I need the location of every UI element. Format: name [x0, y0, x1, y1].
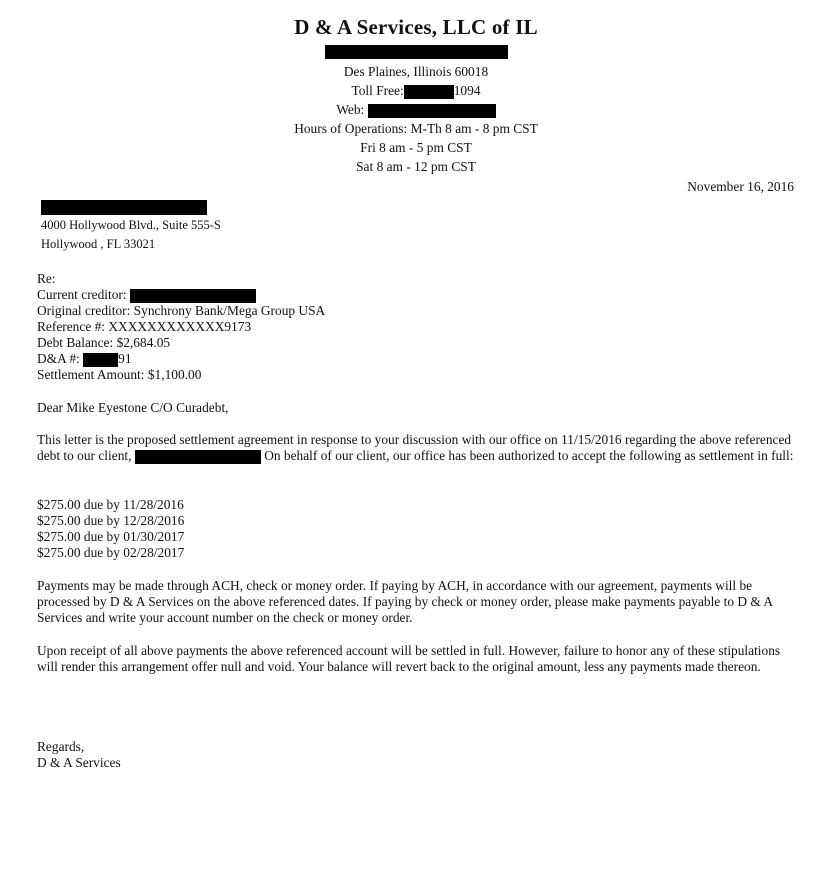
letter-date: November 16, 2016: [687, 179, 794, 195]
recipient-address-line-2: Hollywood , FL 33021: [41, 236, 155, 252]
payment-item: $275.00 due by 02/28/2017: [37, 545, 184, 561]
redacted-phone: [404, 85, 454, 99]
debt-balance: Debt Balance: $2,684.05: [37, 335, 170, 351]
current-creditor-line: Current creditor:: [37, 287, 256, 303]
salutation: Dear Mike Eyestone C/O Curadebt,: [37, 400, 229, 416]
company-name: D & A Services, LLC of IL: [0, 15, 832, 40]
intro-text-2: On behalf of our client, our office has …: [264, 448, 793, 463]
hours-line-3: Sat 8 am - 12 pm CST: [0, 159, 832, 175]
web-label: Web:: [336, 102, 364, 117]
city-line: Des Plaines, Illinois 60018: [0, 64, 832, 80]
da-number-suffix: 91: [118, 351, 131, 366]
hours-line-2: Fri 8 am - 5 pm CST: [0, 140, 832, 156]
redacted-client-name: [135, 450, 261, 464]
hours-line-1: Hours of Operations: M-Th 8 am - 8 pm CS…: [0, 121, 832, 137]
payment-schedule: $275.00 due by 11/28/2016 $275.00 due by…: [37, 497, 184, 561]
payment-methods-paragraph: Payments may be made through ACH, check …: [37, 578, 797, 626]
da-number-line: D&A #: 91: [37, 351, 132, 367]
original-creditor: Original creditor: Synchrony Bank/Mega G…: [37, 303, 325, 319]
intro-paragraph: This letter is the proposed settlement a…: [37, 432, 797, 464]
payment-item: $275.00 due by 12/28/2016: [37, 513, 184, 529]
settlement-amount: Settlement Amount: $1,100.00: [37, 367, 201, 383]
closing-signature: D & A Services: [37, 755, 121, 771]
redacted-recipient-name: [41, 200, 207, 215]
redacted-web: [368, 104, 496, 118]
redacted-address: [325, 45, 508, 59]
toll-free-label: Toll Free:: [351, 83, 403, 98]
reference-number: Reference #: XXXXXXXXXXXX9173: [37, 319, 251, 335]
terms-paragraph: Upon receipt of all above payments the a…: [37, 643, 797, 675]
redacted-da-number: [83, 353, 118, 367]
payment-item: $275.00 due by 01/30/2017: [37, 529, 184, 545]
current-creditor-label: Current creditor:: [37, 287, 127, 302]
closing-regards: Regards,: [37, 739, 84, 755]
toll-free-suffix: 1094: [454, 83, 481, 98]
payment-item: $275.00 due by 11/28/2016: [37, 497, 184, 513]
toll-free-line: Toll Free:1094: [0, 83, 832, 99]
web-line: Web:: [0, 102, 832, 118]
redacted-current-creditor: [130, 289, 256, 303]
da-number-label: D&A #:: [37, 351, 80, 366]
recipient-address-line-1: 4000 Hollywood Blvd., Suite 555-S: [41, 217, 221, 233]
re-label: Re:: [37, 271, 56, 287]
